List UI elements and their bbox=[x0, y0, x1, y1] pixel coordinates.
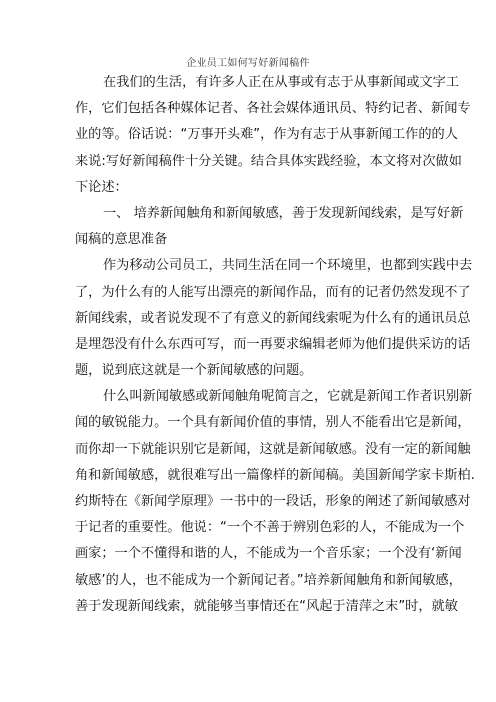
text-line: 来说:写好新闻稿件十分关键。结合具体实践经验，本文将对次做如 bbox=[75, 149, 425, 175]
text-line: 业的等。俗话说：“万事开头难”，作为有志于从事新闻工作的的人 bbox=[75, 122, 425, 148]
text-line: 作为移动公司员工，共同生活在同一个环境里，也都到实践中去 bbox=[75, 253, 425, 279]
text-line: 于记者的重要性。他说：“一个不善于辨别色彩的人，不能成为一个 bbox=[75, 515, 425, 541]
document-title: 企业员工如何写好新闻稿件 bbox=[0, 54, 496, 69]
text-line: 闻的敏锐能力。一个具有新闻价值的事情，别人不能看出它是新闻， bbox=[75, 410, 425, 436]
document-body: 在我们的生活，有许多人正在从事或有志于从事新闻或文字工 作，它们包括各种媒体记者… bbox=[75, 70, 425, 620]
text-line: 画家；一个不懂得和谐的人，不能成为一个音乐家；一个没有‘新闻 bbox=[75, 541, 425, 567]
text-line: 下论述： bbox=[75, 175, 425, 201]
section-heading-line: 一、 培养新闻触角和新闻敏感，善于发现新闻线索，是写好新 bbox=[75, 201, 425, 227]
text-line: 而你却一下就能识别它是新闻，这就是新闻敏感。没有一定的新闻触 bbox=[75, 437, 425, 463]
text-line: 角和新闻敏感，就很难写出一篇像样的新闻稿。美国新闻学家卡斯柏. bbox=[75, 463, 425, 489]
text-line: 题，说到底这就是一个新闻敏感的问题。 bbox=[75, 358, 425, 384]
text-line: 约斯特在《新闻学原理》一书中的一段话，形象的阐述了新闻敏感对 bbox=[75, 489, 425, 515]
text-line: 在我们的生活，有许多人正在从事或有志于从事新闻或文字工 bbox=[75, 70, 425, 96]
text-line: 敏感’的人，也不能成为一个新闻记者。”培养新闻触角和新闻敏感， bbox=[75, 568, 425, 594]
text-line: 新闻线索，或者说发现不了有意义的新闻线索呢为什么有的通讯员总 bbox=[75, 306, 425, 332]
text-line: 是埋怨没有什么东西可写，而一再要求编辑老师为他们提供采访的话 bbox=[75, 332, 425, 358]
text-line: 善于发现新闻线索，就能够当事情还在“风起于清萍之末”时，就敏 bbox=[75, 594, 425, 620]
text-line: 作，它们包括各种媒体记者、各社会媒体通讯员、特约记者、新闻专 bbox=[75, 96, 425, 122]
text-line: 了，为什么有的人能写出漂亮的新闻作品，而有的记者仍然发现不了 bbox=[75, 280, 425, 306]
section-heading-line: 闻稿的意思准备 bbox=[75, 227, 425, 253]
text-line: 什么叫新闻敏感或新闻触角呢简言之，它就是新闻工作者识别新 bbox=[75, 384, 425, 410]
document-page: 企业员工如何写好新闻稿件 在我们的生活，有许多人正在从事或有志于从事新闻或文字工… bbox=[0, 0, 496, 702]
